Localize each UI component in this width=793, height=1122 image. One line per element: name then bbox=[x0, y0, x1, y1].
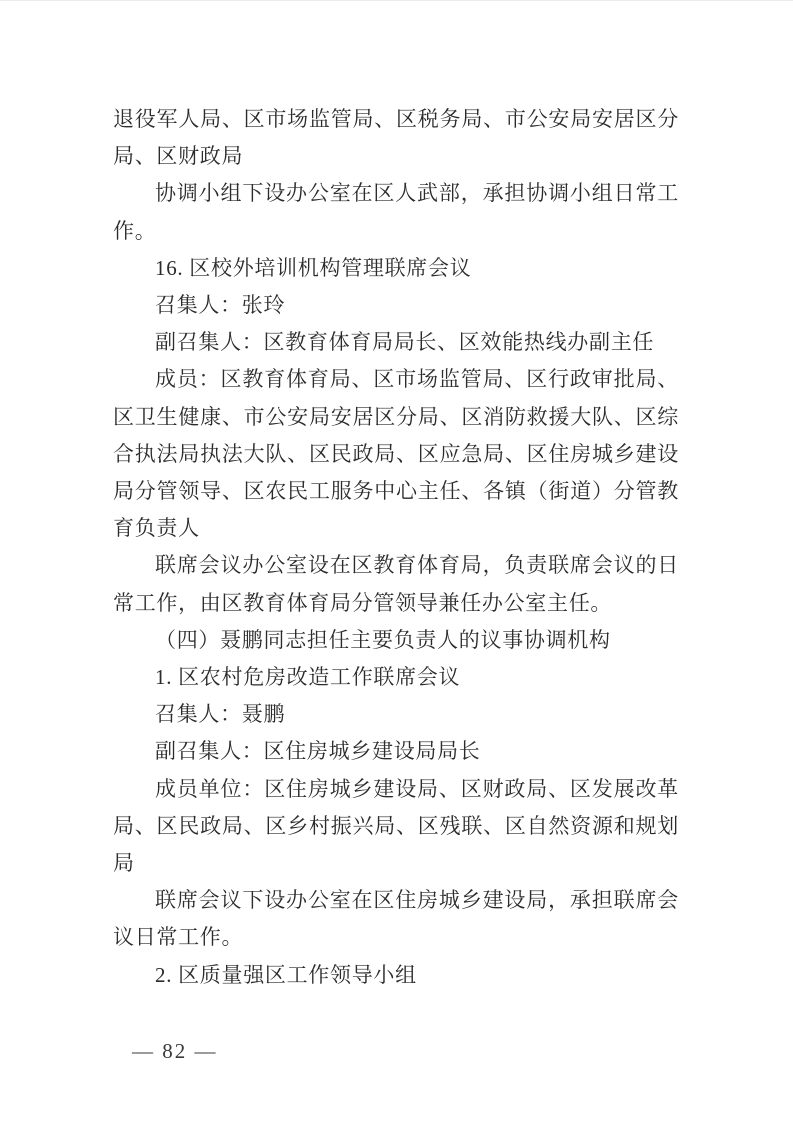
page-number: — 82 — bbox=[132, 1041, 218, 1062]
paragraph: 2. 区质量强区工作领导小组 bbox=[113, 957, 679, 994]
document-body: 退役军人局、区市场监管局、区税务局、市公安局安居区分局、区财政局协调小组下设办公… bbox=[113, 101, 679, 994]
paragraph: 副召集人：区教育体育局局长、区效能热线办副主任 bbox=[113, 324, 679, 361]
paragraph: （四）聂鹏同志担任主要负责人的议事协调机构 bbox=[113, 622, 679, 659]
paragraph: 联席会议下设办公室在区住房城乡建设局，承担联席会议日常工作。 bbox=[113, 882, 679, 956]
document-page: 退役军人局、区市场监管局、区税务局、市公安局安居区分局、区财政局协调小组下设办公… bbox=[0, 0, 793, 1122]
paragraph: 16. 区校外培训机构管理联席会议 bbox=[113, 250, 679, 287]
paragraph: 召集人：聂鹏 bbox=[113, 696, 679, 733]
paragraph: 成员：区教育体育局、区市场监管局、区行政审批局、区卫生健康、市公安局安居区分局、… bbox=[113, 361, 679, 547]
paragraph: 成员单位：区住房城乡建设局、区财政局、区发展改革局、区民政局、区乡村振兴局、区残… bbox=[113, 771, 679, 883]
paragraph: 召集人：张玲 bbox=[113, 287, 679, 324]
paragraph: 副召集人：区住房城乡建设局局长 bbox=[113, 733, 679, 770]
paragraph: 联席会议办公室设在区教育体育局，负责联席会议的日常工作，由区教育体育局分管领导兼… bbox=[113, 547, 679, 621]
paragraph: 1. 区农村危房改造工作联席会议 bbox=[113, 659, 679, 696]
paragraph: 退役军人局、区市场监管局、区税务局、市公安局安居区分局、区财政局 bbox=[113, 101, 679, 175]
paragraph: 协调小组下设办公室在区人武部，承担协调小组日常工作。 bbox=[113, 175, 679, 249]
